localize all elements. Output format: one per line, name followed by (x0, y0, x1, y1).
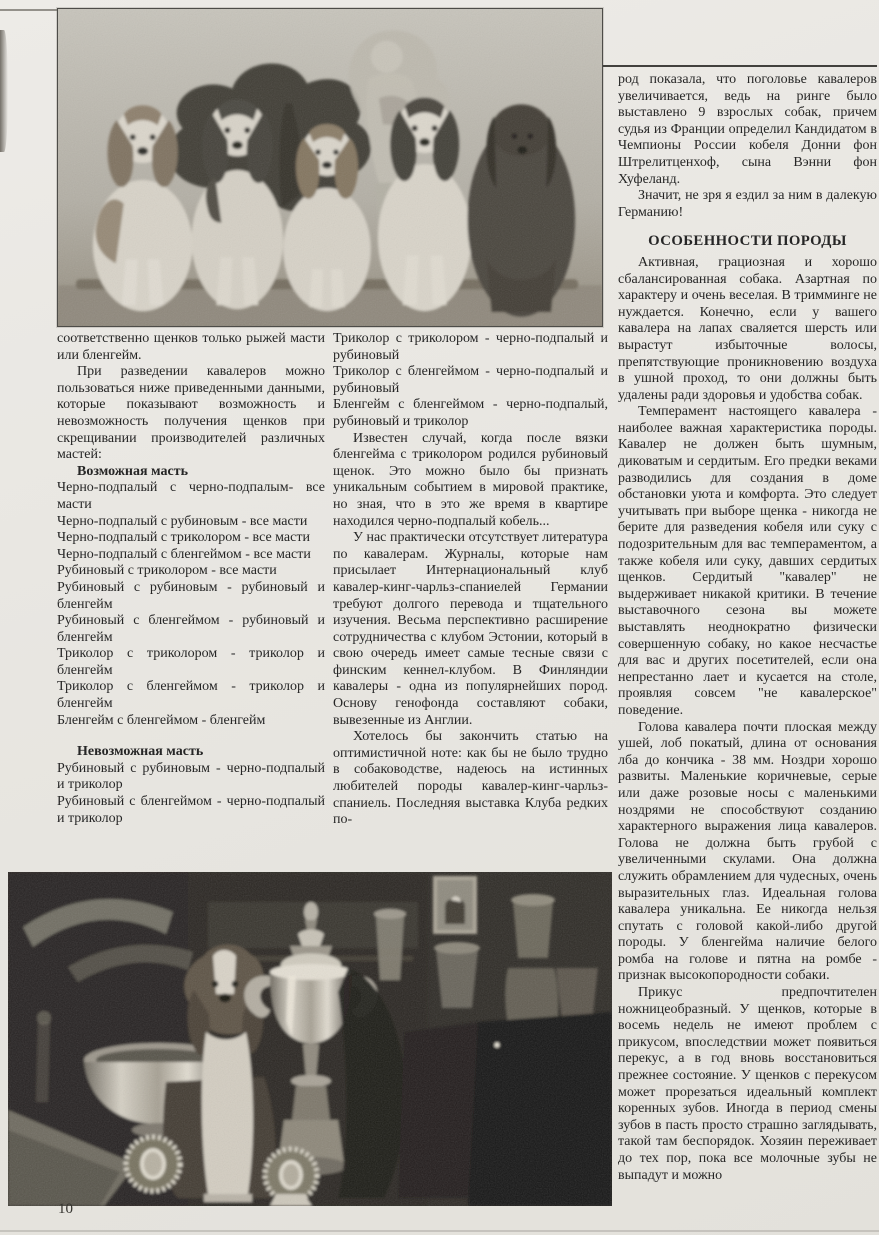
mast-list-item: Черно-подпалый с черно-подпалым- все мас… (57, 480, 325, 513)
mast-list-item: Триколор с бленгеймом - черно-подпалый и… (333, 364, 608, 397)
column-top-rule (603, 65, 877, 67)
paragraph: При разведении кавалеров можно пользоват… (57, 364, 325, 464)
paragraph: Известен случай, когда после вязки бленг… (333, 431, 608, 531)
paragraph: Значит, не зря я ездил за ним в далекую … (618, 188, 877, 221)
paragraph: соответственно щенков только рыжей масти… (57, 331, 325, 364)
mast-list-item: Бленгейм с бленгеймом - черно-подпалый, … (333, 397, 608, 430)
mast-list-item: Рубиновый с триколором - все масти (57, 563, 325, 580)
mast-list-item: Триколор с бленгеймом - триколор и бленг… (57, 679, 325, 712)
mast-list-item: Рубиновый с бленгеймом - рубиновый и бле… (57, 613, 325, 646)
mast-list-item: Бленгейм с бленгеймом - бленгейм (57, 713, 325, 730)
dog-trophy-photo-svg (8, 872, 612, 1206)
column-left: соответственно щенков только рыжей масти… (57, 331, 325, 827)
mast-list-item: Рубиновый с рубиновым - черно-подпалый и… (57, 761, 325, 794)
column-right: род показала, что поголовье кавалеров ув… (618, 72, 877, 1184)
paragraph: Активная, грациозная и хорошо сбалансиро… (618, 255, 877, 404)
impossible-mast-heading: Невозможная масть (57, 744, 325, 761)
paragraph: Прикус предпочтителен ножницеобразный. У… (618, 985, 877, 1184)
paragraph: Темперамент настоящего кавалера - наибол… (618, 404, 877, 719)
paragraph: Хотелось бы закончить статью на оптимист… (333, 729, 608, 829)
mast-list-item: Рубиновый с рубиновым - рубиновый и блен… (57, 580, 325, 613)
paragraph: род показала, что поголовье кавалеров ув… (618, 72, 877, 188)
scan-edge-smudge (0, 30, 8, 152)
mast-list-item: Рубиновый с бленгеймом - черно-подпалый … (57, 794, 325, 827)
top-photo-dogs (57, 8, 603, 327)
page-number: 10 (58, 1201, 73, 1218)
mast-list-item: Черно-подпалый с триколором - все масти (57, 530, 325, 547)
mast-list-item: Черно-подпалый с бленгеймом - все масти (57, 547, 325, 564)
bottom-photo-trophies (8, 872, 612, 1206)
paragraph: У нас практически отсутствует литература… (333, 530, 608, 729)
possible-mast-heading: Возможная масть (57, 464, 325, 481)
dogs-group-photo-svg (58, 9, 602, 326)
paragraph: Голова кавалера почти плоская между ушей… (618, 720, 877, 986)
magazine-page: { "page": { "number": "10" }, "left_colu… (0, 0, 879, 1235)
breed-features-heading: ОСОБЕННОСТИ ПОРОДЫ (618, 233, 877, 250)
column-middle: Триколор с триколором - черно-подпалый и… (333, 331, 608, 829)
scan-bottom-edge-line (0, 1230, 879, 1232)
mast-list-item: Черно-подпалый с рубиновым - все масти (57, 514, 325, 531)
scan-top-edge-line (0, 9, 57, 11)
mast-list-item: Триколор с триколором - триколор и бленг… (57, 646, 325, 679)
mast-list-item: Триколор с триколором - черно-подпалый и… (333, 331, 608, 364)
spacer (57, 729, 325, 744)
